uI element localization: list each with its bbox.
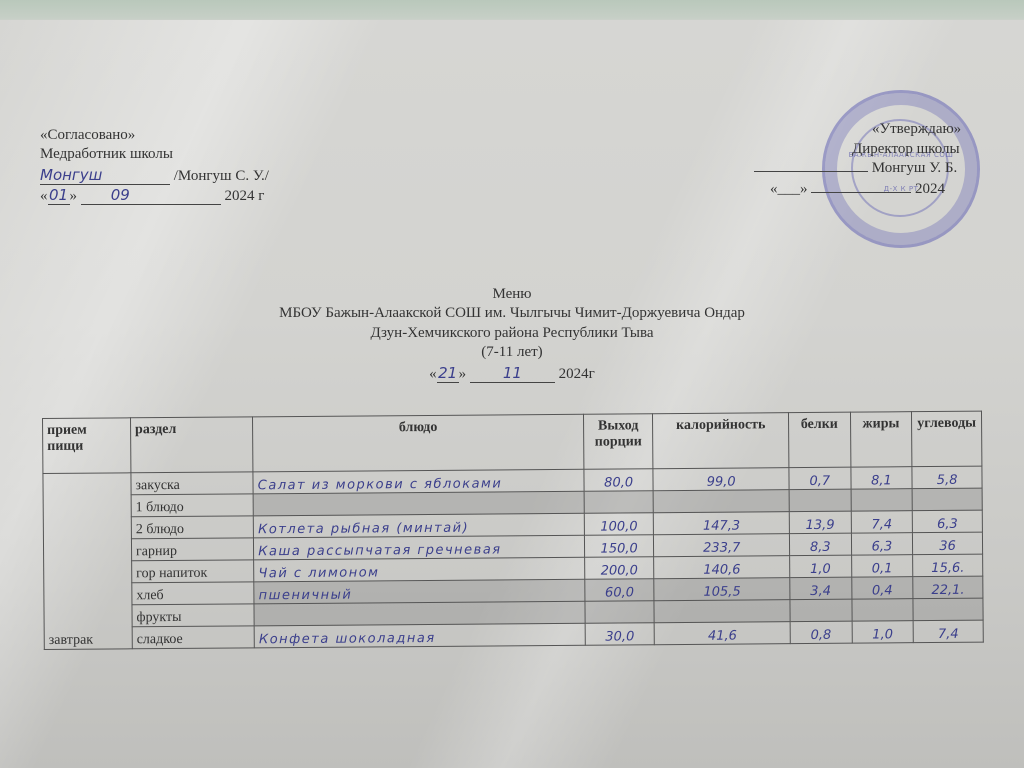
title-date-month: 11 [470, 364, 555, 383]
protein-cell: 3,4 [790, 577, 852, 599]
dish-cell: Салат из моркови с яблоками [253, 469, 584, 494]
output-cell: 200,0 [584, 557, 654, 580]
title-menu: Меню [0, 286, 1024, 303]
calories-cell: 233,7 [654, 534, 790, 557]
title-date-year: 2024г [559, 366, 595, 382]
output-cell [585, 601, 655, 624]
output-cell: 60,0 [585, 579, 655, 602]
section-cell: 1 блюдо [131, 494, 253, 517]
fat-cell: 1,0 [852, 621, 914, 643]
fat-cell [851, 489, 913, 511]
approval-right-role: Директор школы [852, 141, 960, 158]
section-cell: сладкое [132, 626, 254, 649]
output-cell: 150,0 [584, 535, 654, 558]
protein-cell: 13,9 [789, 511, 851, 533]
approval-right-signature-line: Монгуш У. Б. [754, 160, 957, 177]
approval-left-date-month: 09 [81, 186, 221, 205]
header-section: раздел [130, 417, 253, 473]
approval-left-date: «01» 09 2024 г [40, 186, 264, 205]
fat-cell: 7,4 [851, 511, 913, 533]
header-carbs: углеводы [912, 411, 982, 467]
calories-cell: 140,6 [654, 556, 790, 579]
approval-left-date-year: 2024 г [225, 188, 265, 204]
dish-cell: Конфета шоколадная [254, 623, 585, 648]
dish-cell: Котлета рыбная (минтай) [253, 513, 584, 538]
header-protein: белки [788, 412, 850, 467]
approval-left-signature: Монгуш [40, 166, 170, 185]
section-cell: фрукты [132, 604, 254, 627]
approval-right-date-day: «___» [770, 181, 808, 197]
protein-cell [789, 489, 851, 511]
title-age-group: (7-11 лет) [0, 344, 1024, 361]
carbs-cell: 7,4 [913, 620, 983, 643]
fat-cell: 6,3 [851, 533, 913, 555]
approval-left-name: /Монгуш С. У./ [174, 168, 269, 184]
protein-cell: 0,8 [790, 621, 852, 643]
carbs-cell [912, 488, 982, 511]
carbs-cell: 22,1. [913, 576, 983, 599]
section-cell: гарнир [131, 538, 253, 561]
carbs-cell [913, 598, 983, 621]
calories-cell: 41,6 [655, 622, 791, 645]
output-cell: 80,0 [584, 469, 654, 492]
fat-cell: 0,1 [851, 555, 913, 577]
fat-cell: 8,1 [850, 467, 912, 489]
menu-table-body: завтракзакускаСалат из моркови с яблокам… [43, 466, 983, 649]
dish-cell [254, 601, 585, 626]
approval-left-heading: «Согласовано» [40, 127, 135, 144]
calories-cell: 105,5 [654, 578, 790, 601]
protein-cell: 0,7 [789, 467, 851, 489]
dish-cell: Каша рассыпчатая гречневая [254, 535, 585, 560]
table-header-row: прием пищи раздел блюдо Выход порции кал… [43, 411, 982, 473]
calories-cell: 99,0 [653, 468, 789, 491]
output-cell: 100,0 [584, 513, 654, 536]
header-calories: калорийность [653, 413, 789, 469]
header-dish: блюдо [253, 414, 584, 472]
approval-right-date-year: 2024 [915, 181, 945, 197]
meal-cell: завтрак [43, 473, 132, 650]
protein-cell [790, 599, 852, 621]
protein-cell: 8,3 [789, 533, 851, 555]
calories-cell: 147,3 [654, 512, 790, 535]
carbs-cell: 15,6. [913, 554, 983, 577]
approval-right-date: «___» 2024 [770, 181, 945, 198]
carbs-cell: 6,3 [912, 510, 982, 533]
approval-right-heading: «Утверждаю» [872, 121, 961, 138]
approval-left-role: Медработник школы [40, 146, 173, 163]
calories-cell [654, 490, 790, 513]
header-fat: жиры [850, 412, 912, 467]
fat-cell [852, 599, 914, 621]
title-date-day: 21 [437, 364, 459, 383]
protein-cell: 1,0 [790, 555, 852, 577]
dish-cell: пшеничный [254, 579, 585, 604]
calories-cell [654, 600, 790, 623]
fat-cell: 0,4 [851, 577, 913, 599]
approval-left-signature-line: Монгуш /Монгуш С. У./ [40, 166, 269, 185]
carbs-cell: 36 [913, 532, 983, 555]
output-cell: 30,0 [585, 623, 655, 646]
approval-right-name: Монгуш У. Б. [872, 160, 957, 176]
header-meal: прием пищи [43, 418, 131, 474]
section-cell: закуска [131, 472, 253, 495]
title-school: МБОУ Бажын-Алаакской СОШ им. Чылгычы Чим… [0, 305, 1024, 322]
title-date: «21» 11 2024г [0, 364, 1024, 383]
menu-table: прием пищи раздел блюдо Выход порции кал… [42, 411, 984, 650]
output-cell [584, 491, 654, 514]
section-cell: хлеб [132, 582, 254, 605]
approval-left-date-day: 01 [48, 186, 70, 205]
carbs-cell: 5,8 [912, 466, 982, 489]
header-output: Выход порции [583, 414, 653, 470]
dish-cell: Чай с лимоном [254, 557, 585, 582]
section-cell: гор напиток [132, 560, 254, 583]
section-cell: 2 блюдо [131, 516, 253, 539]
title-district: Дзун-Хемчикского района Республики Тыва [0, 325, 1024, 342]
dish-cell [253, 491, 584, 516]
